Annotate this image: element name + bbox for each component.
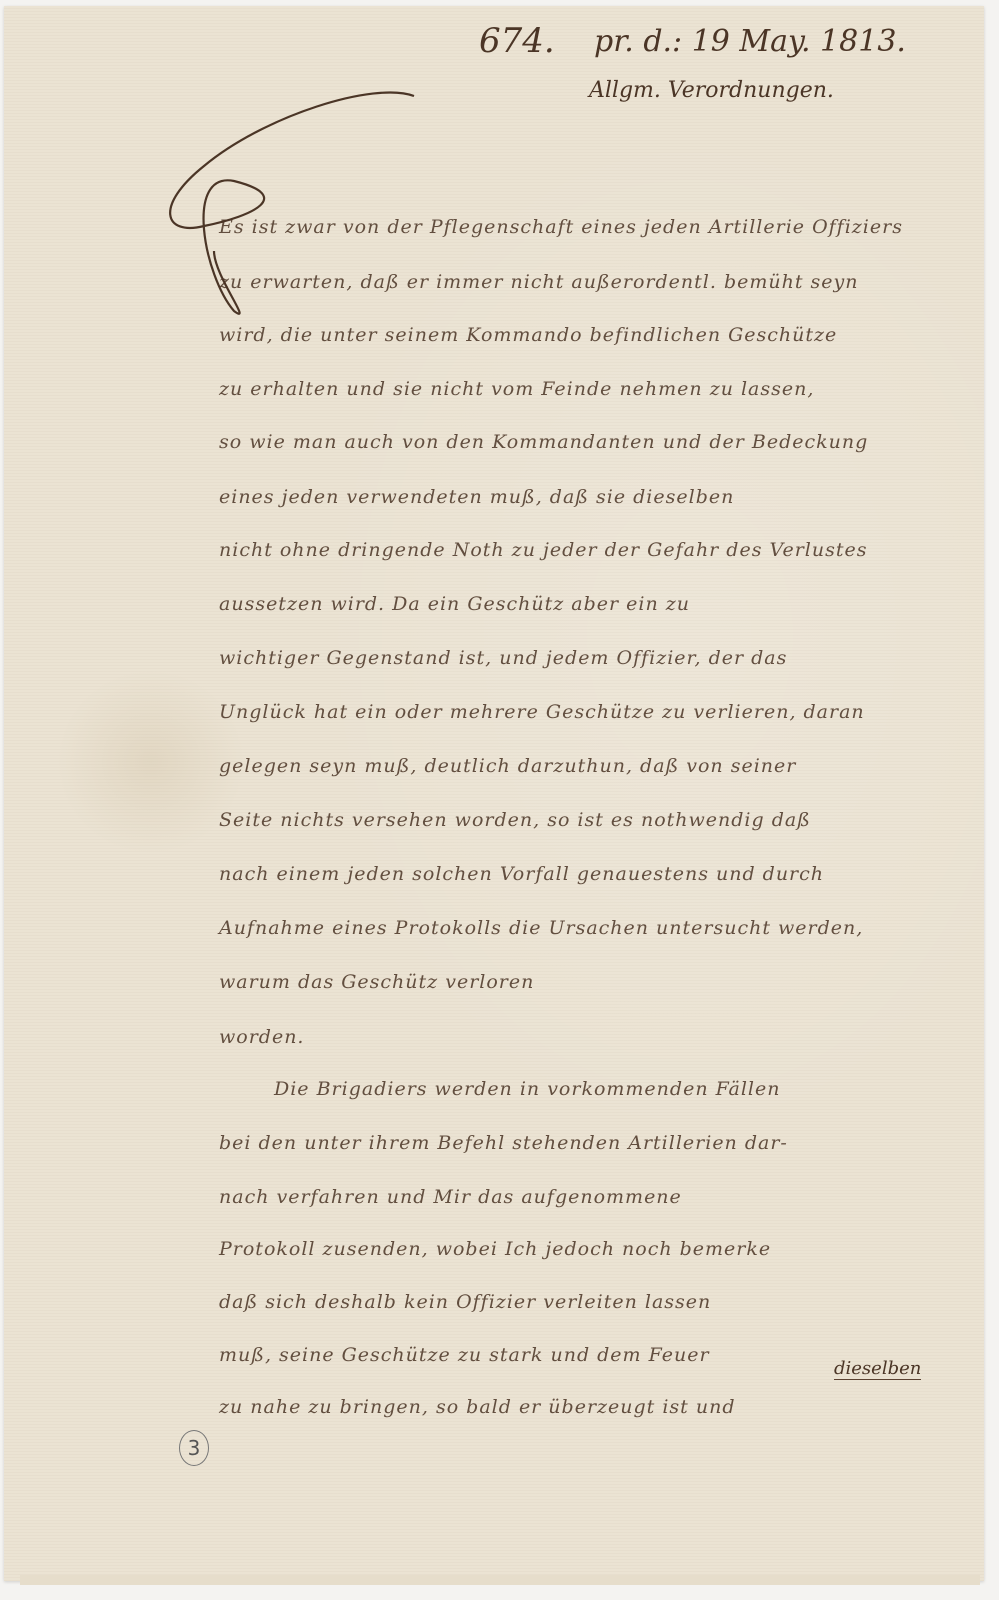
body-line: warum das Geschütz verloren bbox=[219, 971, 534, 993]
body-line: worden. bbox=[219, 1026, 304, 1048]
page-edge bbox=[20, 1575, 980, 1585]
manuscript-page: 674. pr. d.: 19 May. 1813. Allgm. Verord… bbox=[4, 6, 984, 1581]
body-line: Protokoll zusenden, wobei Ich jedoch noc… bbox=[219, 1238, 771, 1260]
body-line: Seite nichts versehen worden, so ist es … bbox=[219, 809, 811, 831]
body-line: so wie man auch von den Kommandanten und… bbox=[219, 431, 868, 453]
body-line: eines jeden verwendeten muß, daß sie die… bbox=[219, 486, 734, 508]
body-line: Aufnahme eines Protokolls die Ursachen u… bbox=[219, 917, 863, 939]
body-line: Es ist zwar von der Pflegenschaft eines … bbox=[219, 216, 903, 238]
body-line: daß sich deshalb kein Offizier verleiten… bbox=[219, 1291, 711, 1313]
archive-stamp: 3 bbox=[179, 1430, 209, 1466]
catchword: dieselben bbox=[834, 1358, 921, 1380]
body-line: wichtiger Gegenstand ist, und jedem Offi… bbox=[219, 647, 787, 669]
body-line: zu erhalten und sie nicht vom Feinde neh… bbox=[219, 378, 814, 400]
body-line: zu nahe zu bringen, so bald er überzeugt… bbox=[219, 1396, 736, 1418]
folio-number: 674. bbox=[479, 21, 555, 61]
body-line: wird, die unter seinem Kommando befindli… bbox=[219, 324, 837, 346]
body-line: nach einem jeden solchen Vorfall genaues… bbox=[219, 863, 824, 885]
body-line: gelegen seyn muß, deutlich darzuthun, da… bbox=[219, 755, 796, 777]
body-line: aussetzen wird. Da ein Geschütz aber ein… bbox=[219, 593, 690, 615]
subject-heading: Allgm. Verordnungen. bbox=[589, 78, 834, 103]
body-line: nicht ohne dringende Noth zu jeder der G… bbox=[219, 539, 868, 561]
body-line: Unglück hat ein oder mehrere Geschütze z… bbox=[219, 701, 865, 723]
body-line: bei den unter ihrem Befehl stehenden Art… bbox=[219, 1132, 788, 1154]
body-line: zu erwarten, daß er immer nicht außerord… bbox=[219, 271, 859, 293]
body-line: muß, seine Geschütze zu stark und dem Fe… bbox=[219, 1344, 710, 1366]
receipt-date: pr. d.: 19 May. 1813. bbox=[594, 24, 906, 59]
body-line: nach verfahren und Mir das aufgenommene bbox=[219, 1186, 682, 1208]
body-line: Die Brigadiers werden in vorkommenden Fä… bbox=[274, 1078, 780, 1100]
